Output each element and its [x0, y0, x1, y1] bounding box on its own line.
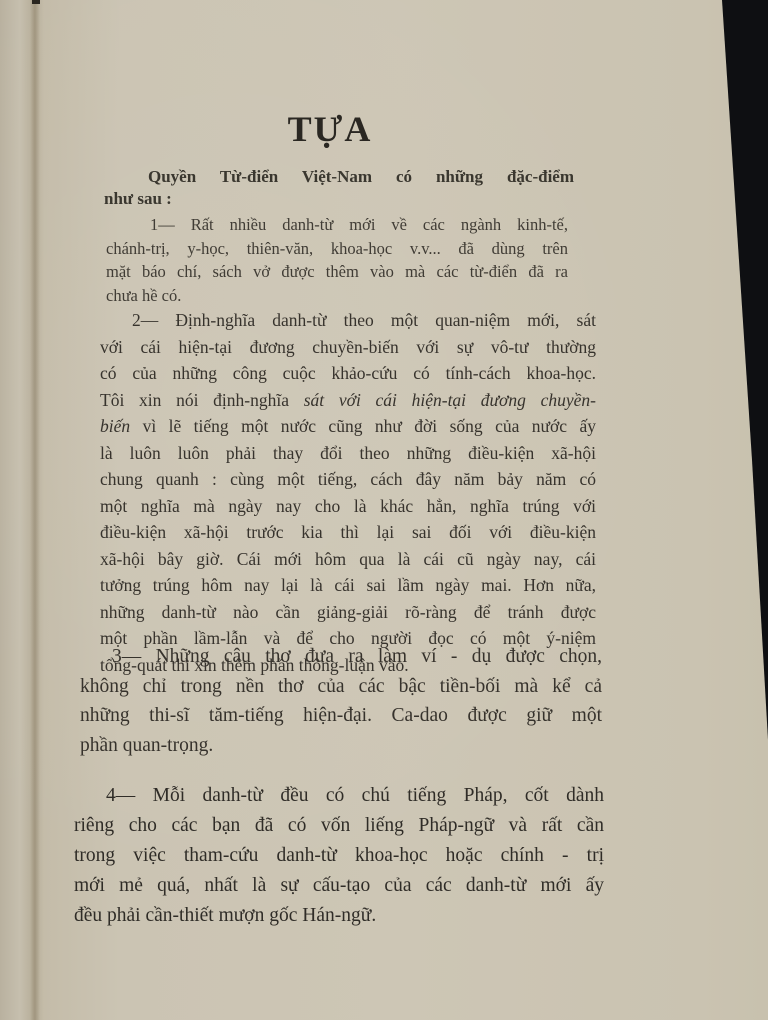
text-line: mới mẻ quá, nhất là sự cấu-tạo của các d… [74, 871, 604, 901]
text-line: chưa hề có. [106, 284, 568, 308]
text-line: tưởng trúng hôm nay lại là cái sai lầm n… [100, 572, 596, 599]
text-line: 2— Định-nghĩa danh-từ theo một quan-niệm… [100, 307, 596, 334]
text-line: xã-hội bây giờ. Cái mới hôm qua là cái c… [100, 546, 596, 573]
italic-run: biến [100, 416, 130, 436]
text-line: Tôi xin nói định-nghĩa sát với cái hiện-… [100, 387, 596, 414]
book-page: TỰA Quyền Từ-điển Việt-Nam có những đặc-… [0, 0, 768, 1020]
text-line: có của những công cuộc khảo-cứu có tính-… [100, 360, 596, 387]
text-line: những danh-từ nào cần giảng-giải rõ-ràng… [100, 599, 596, 626]
text-line: những thi-sĩ tăm-tiếng hiện-đại. Ca-dao … [80, 701, 602, 731]
text-line: chánh-trị, y-học, thiên-văn, khoa-học v.… [106, 237, 568, 261]
text-line: chung quanh : cùng một tiếng, cách đây n… [100, 466, 596, 493]
text-line: mặt báo chí, sách vở được thêm vào mà cá… [106, 260, 568, 284]
point-1-paragraph: 1— Rất nhiều danh-từ mới về các ngành ki… [106, 213, 568, 307]
text-run: Tôi xin nói định-nghĩa [100, 390, 304, 410]
point-3-paragraph: 3— Những câu thơ đưa ra làm ví - dụ được… [80, 642, 602, 760]
point-4-paragraph: 4— Mỗi danh-từ đều có chú tiếng Pháp, cố… [74, 781, 604, 931]
text-line: 4— Mỗi danh-từ đều có chú tiếng Pháp, cố… [74, 781, 604, 811]
italic-run: sát với cái hiện-tại đương chuyền- [304, 390, 596, 410]
text-line: là luôn luôn phải thay đổi theo những đi… [100, 440, 596, 467]
page-fold [30, 0, 40, 1020]
text-line: biến vì lẽ tiếng một nước cũng như đời s… [100, 413, 596, 440]
text-line: đều phải cần-thiết mượn gốc Hán-ngữ. [74, 901, 604, 931]
intro-paragraph: Quyền Từ-điển Việt-Nam có những đặc-điểm… [104, 166, 574, 210]
text-line: như sau : [104, 188, 574, 210]
text-line: điều-kiện xã-hội trước kia thì lại sai đ… [100, 519, 596, 546]
text-line: trong việc tham-cứu danh-từ khoa-học hoặ… [74, 841, 604, 871]
text-run: vì lẽ tiếng một nước cũng như đời sống c… [130, 416, 596, 436]
text-line: riêng cho các bạn đã có vốn liếng Pháp-n… [74, 811, 604, 841]
text-line: một nghĩa mà ngày nay cho là khác hẳn, n… [100, 493, 596, 520]
text-line: 3— Những câu thơ đưa ra làm ví - dụ được… [80, 642, 602, 672]
page-title: TỰA [0, 108, 660, 150]
text-line: Quyền Từ-điển Việt-Nam có những đặc-điểm [104, 166, 574, 188]
text-line: 1— Rất nhiều danh-từ mới về các ngành ki… [106, 213, 568, 237]
text-line: phần quan-trọng. [80, 731, 602, 761]
text-line: với cái hiện-tại đương chuyền-biến với s… [100, 334, 596, 361]
text-line: không chỉ trong nền thơ của các bậc tiền… [80, 672, 602, 702]
point-2-paragraph: 2— Định-nghĩa danh-từ theo một quan-niệm… [100, 307, 596, 678]
spine-mark [32, 0, 40, 4]
